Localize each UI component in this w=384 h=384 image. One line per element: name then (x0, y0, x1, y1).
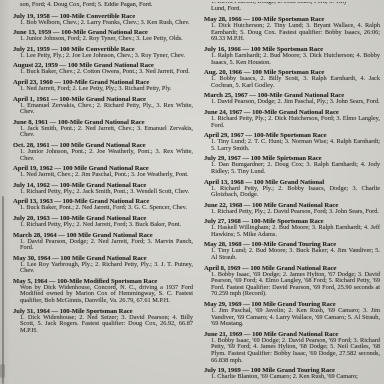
race-results-text: 1. Ralph Earnhardt; 2. Bud Moore; 3. Dic… (211, 53, 380, 66)
scan-corner-smudge (0, 364, 5, 378)
race-results-text: 1. Dick Widenhouse; 2. Ned Setzer; 3. Da… (20, 315, 193, 335)
race-results-text: 1. Ned Jarrett, Chev.; 2. Jim Paschal, P… (20, 172, 193, 179)
race-results-text: 1. Richard Petty, Ply.; 2. Bobby Isaacs,… (211, 186, 380, 199)
race-entry: July 19, 1969 — 100 Mile Grand Touring R… (201, 367, 380, 381)
race-entry: April 8, 1969 — 100 Mile Grand National … (201, 265, 380, 298)
race-entry: May 28, 1968 — 100-Mile Grand Touring Ra… (201, 241, 380, 261)
scan-edge-artifact (2, 196, 4, 384)
race-results-text: 1. Bobby Isaac, '69 Dodge; 2. James Hylt… (211, 272, 380, 298)
race-results-text: 1. David Pearson, Dodge; 2. Ned Jarrett,… (20, 239, 193, 252)
race-entry: May 5, 1964 — 100-Mile Modified Sportsma… (10, 278, 193, 305)
race-results-text: 1. Bobby Isaacs, 2. Billy Scott, 3. Ralp… (211, 76, 380, 89)
race-results-text: 1. Haskell Willingham; 2. Bud Moore; 3. … (211, 225, 380, 238)
race-entry: June 13, 1959 — 100-Mile Grand National … (10, 29, 193, 43)
race-results-text: 1. Richard Petty, Ply.; 2. Jack Smith, P… (20, 189, 193, 196)
race-entry: July 16, 1966 — 100 Mile Sportsman Race1… (201, 46, 380, 66)
race-entry: May 29, 1969 — 100 Mile Grand Touring Ra… (201, 301, 380, 328)
race-entry: Oct. 28, 1961 — 100 Mile Grand National … (10, 142, 193, 162)
column-top-fragment: Lund, Ford. (211, 6, 380, 13)
race-entry: July 14, 1962 — 100-Mile Grand National … (10, 182, 193, 196)
race-entry: March 28, 1964 — 100 Mile Grand National… (10, 232, 193, 252)
race-results-text: 1. Jack Smith, Pont.; 2. Ned Jarrett, Ch… (20, 126, 193, 139)
race-results-text: 1. Charlie Blanton, '69 Camaro; 2. Ken R… (211, 374, 380, 381)
race-results-text: 1. Bob Welborn, Chev.; 2. Larry Franks, … (20, 20, 193, 27)
scanned-page: son, Ford; 4. Doug Cox, Ford; 5. Eddie P… (0, 0, 384, 384)
race-entry: July 29, 1967 — 100 Mile Spirtsman Race1… (201, 155, 380, 175)
race-results-text: 1. Richard Petty, Ply.; 2. Dick Hutchers… (211, 116, 380, 129)
race-entry: April 19, 1962 — 100 Mile Grand National… (10, 165, 193, 179)
race-entry: April 13, 1963 — 100-Mile Grand National… (10, 198, 193, 212)
race-results-text: 1. Buck Baker, Pont.; 2. Ned Jarrett, Fo… (20, 205, 193, 212)
results-column-left: son, Ford; 4. Doug Cox, Ford; 5. Eddie P… (10, 2, 193, 384)
race-results-text: Won by Dick Widenhouse, Concord, N. C., … (20, 285, 193, 305)
race-entry: April 23, 1960 — 100-Mile Grand National… (10, 79, 193, 93)
race-entry: July 21, 1959 — 100 Mile Convertible Rac… (10, 46, 193, 60)
column-top-fragment: son, Ford; 4. Doug Cox, Ford; 5. Eddie P… (20, 2, 193, 9)
race-results-text: 1. Tiny Lund; 2. Bud Moore; 3. Buck Bake… (211, 248, 380, 261)
race-results-text: 1. Tiny Lund; 2. T. C. Hunt; 3. Norman W… (211, 139, 380, 152)
race-entry: June 24, 1967 — 100-Mile Grand National … (201, 109, 380, 129)
race-results-text: 1. Junior Johnson, Ford; 2. Roy Tyner, C… (20, 36, 193, 43)
race-entry: June 22, 1968 — 100 Mile Grand National … (201, 202, 380, 216)
race-entry: Aug. 20, 1966 — 100 Mile Sportsman Race1… (201, 69, 380, 89)
race-results-text: 1. Junior Johnson, Pont.; 2. Joe Weather… (20, 149, 193, 162)
race-entry: July 27, 1968 — 100-Mile Sportsman Race1… (201, 218, 380, 238)
race-results-text: 1. Ned Jarrett, Ford; 2. Lee Petty, Ply.… (20, 86, 193, 93)
race-entry: May 28, 1966 — 100-Mile Sportsman Race1.… (201, 16, 380, 43)
race-results-text: 1. Buck Baker, Chev.; 2. Cotton Owens, P… (20, 69, 193, 76)
race-entry: April 29, 1967 — 100-Mile Sportsman Race… (201, 132, 380, 152)
race-results-text: 1. Emanuel Zervakis, Chev.; 2. Richard P… (20, 103, 193, 116)
race-results-text: 1. Dick Hutcherson; 2. Tiny Lund; 3. Bry… (211, 23, 380, 43)
results-column-right: 1. David Pearson, Dodge; 2. John Sears, … (201, 2, 380, 384)
race-entry: June 21, 1969 — 100 Mile Grand National … (201, 331, 380, 364)
race-results-text: 1. Richard Petty, Ply.; 2. David Pearson… (211, 209, 380, 216)
race-entry: July 20, 1963 — 100-Mile Grand National … (10, 215, 193, 229)
race-entry: July 19, 1958 — 100-Mile Convertible Rac… (10, 13, 193, 27)
race-entry: June 8, 1961 — 100-Mile Grand National R… (10, 119, 193, 139)
race-entry: May 30, 1964 — 100 Mile Grand National R… (10, 255, 193, 275)
race-results-text: 1. Lee Petty, Ply.; 2. Joe Lee Johnson, … (20, 53, 193, 60)
race-entry: April 13, 1968 — 100 Mile Grand National… (201, 179, 380, 199)
race-entry: July 31, 1964 — 100-Mile Sportsman Race1… (10, 308, 193, 335)
race-results-text: 1. Lee Roy Yarbrough, Ply.; 2. Richard P… (20, 262, 193, 275)
race-results-text: 1. David Pearson, Dodge; 2. Jim Paschal,… (211, 99, 380, 106)
race-entry: April 1, 1961 — 100-Mile Grand National … (10, 96, 193, 116)
race-results-text: 1. Dan Bumgardner; 2. Doug Cox; 3. Ralph… (211, 162, 380, 175)
race-entry: March 25, 1967 — 100-Mile Grand National… (201, 92, 380, 106)
race-results-text: 1. Richard Petty, Ply.; 2. Ned Jarrett, … (20, 222, 193, 229)
race-results-text: 1. Bobby Isaac, '69 Dodge; 2. David Pear… (211, 338, 380, 364)
race-entry: August 22, 1959 — 100 Mile Grand Nationa… (10, 62, 193, 76)
race-results-text: 1. Jim Paschal, '69 Javelin; 2. Ken Rush… (211, 308, 380, 328)
